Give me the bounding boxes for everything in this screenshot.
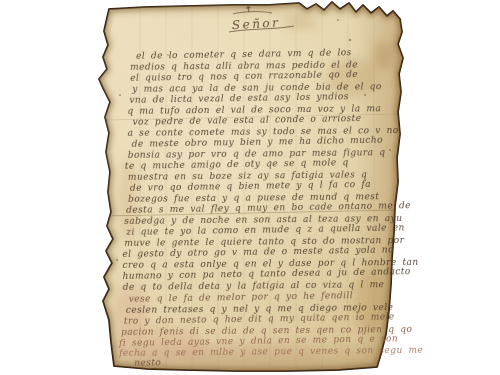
manuscript-photo: ✝ Señor el de lo cometer q se dara vm q …	[0, 0, 500, 375]
manuscript-line: fecha a q se en mlbe y ase pue q venes q…	[119, 347, 423, 359]
invocation-cross-mark: ✝	[244, 5, 253, 16]
manuscript-line: nesto	[134, 359, 161, 368]
salutation-senor: Señor	[231, 16, 280, 33]
manuscript-text-block: ✝ Señor el de lo cometer q se dara vm q …	[0, 0, 500, 375]
